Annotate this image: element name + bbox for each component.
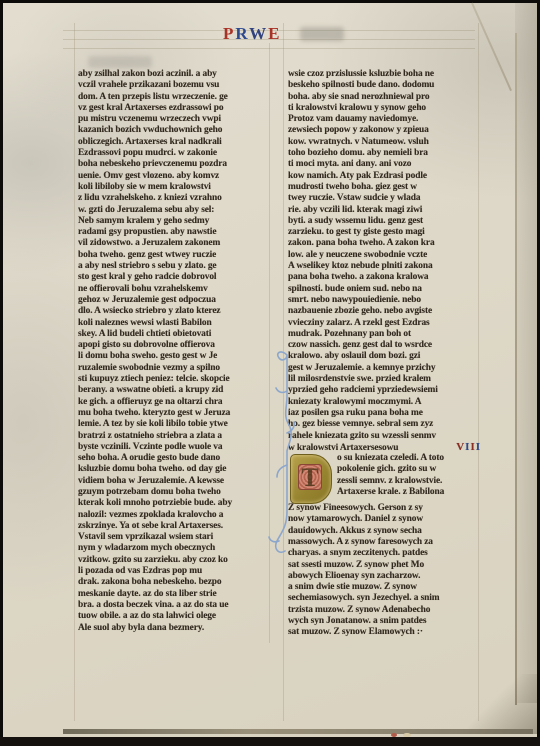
column-text: o su kniezata czeledi. A toto pokolenie …	[337, 453, 444, 503]
column-text: aby zsilhal zakon bozi aczinil. a aby vc…	[78, 69, 271, 634]
chapter-opening: T o su kniezata czeledi. A toto pokoleni…	[288, 453, 481, 503]
running-title-letter: W	[249, 24, 268, 43]
running-title-letter: E	[268, 24, 281, 43]
column-text: wsie czoz przislussie ksluzbie boha ne b…	[288, 69, 481, 442]
running-title-letter: R	[235, 24, 249, 43]
ruling-line	[74, 23, 75, 721]
show-through-marks	[300, 27, 344, 41]
manuscript-photo: PRWE aby zsilhal zakon bozi aczinil. a a…	[0, 0, 540, 746]
photo-bottom-border	[0, 737, 540, 746]
running-title: PRWE	[223, 24, 281, 44]
text-column-left: aby zsilhal zakon bozi aczinil. a aby vc…	[78, 69, 271, 634]
chapter-numeral-letter: V	[456, 441, 465, 453]
show-through-marks	[88, 56, 152, 68]
page-corner-shadow	[467, 674, 537, 734]
underlying-pages-edge	[63, 729, 533, 734]
running-title-letter: P	[223, 24, 235, 43]
chapter-numeral: VIII	[456, 442, 481, 453]
chapter-numeral-letter: I	[476, 441, 481, 453]
page-fore-edge-area	[515, 3, 537, 703]
parchment-page: PRWE aby zsilhal zakon bozi aczinil. a a…	[3, 3, 537, 740]
text-column-right: wsie czoz przislussie ksluzbie boha ne b…	[288, 69, 481, 639]
page-edge	[515, 33, 517, 705]
chapter-heading-line: w kralowstvi Artaxersesowu VIII	[288, 442, 481, 453]
pen-flourish-decoration	[265, 345, 299, 557]
column-text: Z synow Fineesowych. Gerson z sy now yta…	[288, 503, 481, 639]
